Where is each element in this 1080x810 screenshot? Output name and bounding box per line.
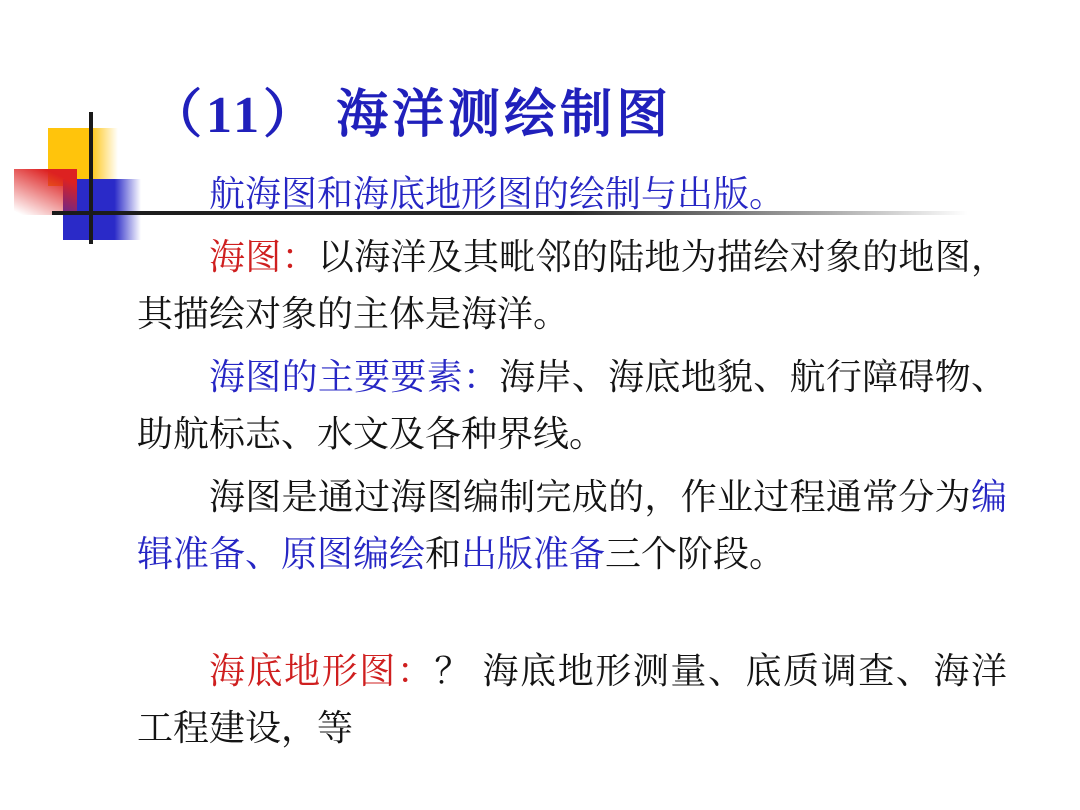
text-segment: 航海图和海底地形图的绘制与出版。 (209, 174, 785, 214)
slide-title: （11） 海洋测绘制图 (150, 72, 672, 147)
decor-vertical-line (89, 112, 93, 244)
paragraph-chart-publication: 航海图和海底地形图的绘制与出版。 (137, 166, 1007, 223)
text-segment: 和 (425, 534, 461, 574)
term-label: 海底地形图： (209, 651, 434, 691)
term-label: 海图： (209, 237, 318, 277)
paragraph-chart-elements: 海图的主要要素：海岸、海底地貌、航行障碍物、助航标志、水文及各种界线。 (137, 349, 1007, 463)
term-label: 海图的主要要素： (209, 357, 499, 397)
paragraph-chart-definition: 海图：以海洋及其毗邻的陆地为描绘对象的地图，其描绘对象的主体是海洋。 (137, 229, 1007, 343)
decor-red-square (14, 169, 77, 215)
text-segment: 三个阶段。 (605, 534, 785, 574)
paragraph-chart-compilation: 海图是通过海图编制完成的，作业过程通常分为编辑准备、原图编绘和出版准备三个阶段。 (137, 469, 1007, 583)
slide-body: 航海图和海底地形图的绘制与出版。 海图：以海洋及其毗邻的陆地为描绘对象的地图，其… (137, 166, 1007, 763)
slide-canvas: （11） 海洋测绘制图 航海图和海底地形图的绘制与出版。 海图：以海洋及其毗邻的… (0, 0, 1080, 810)
paragraph-seabed-topo-map: 海底地形图：？ 海底地形测量、底质调查、海洋工程建设，等 (137, 643, 1007, 757)
text-segment: 海图是通过海图编制完成的，作业过程通常分为 (209, 477, 971, 517)
text-segment-highlight: 出版准备 (461, 534, 605, 574)
